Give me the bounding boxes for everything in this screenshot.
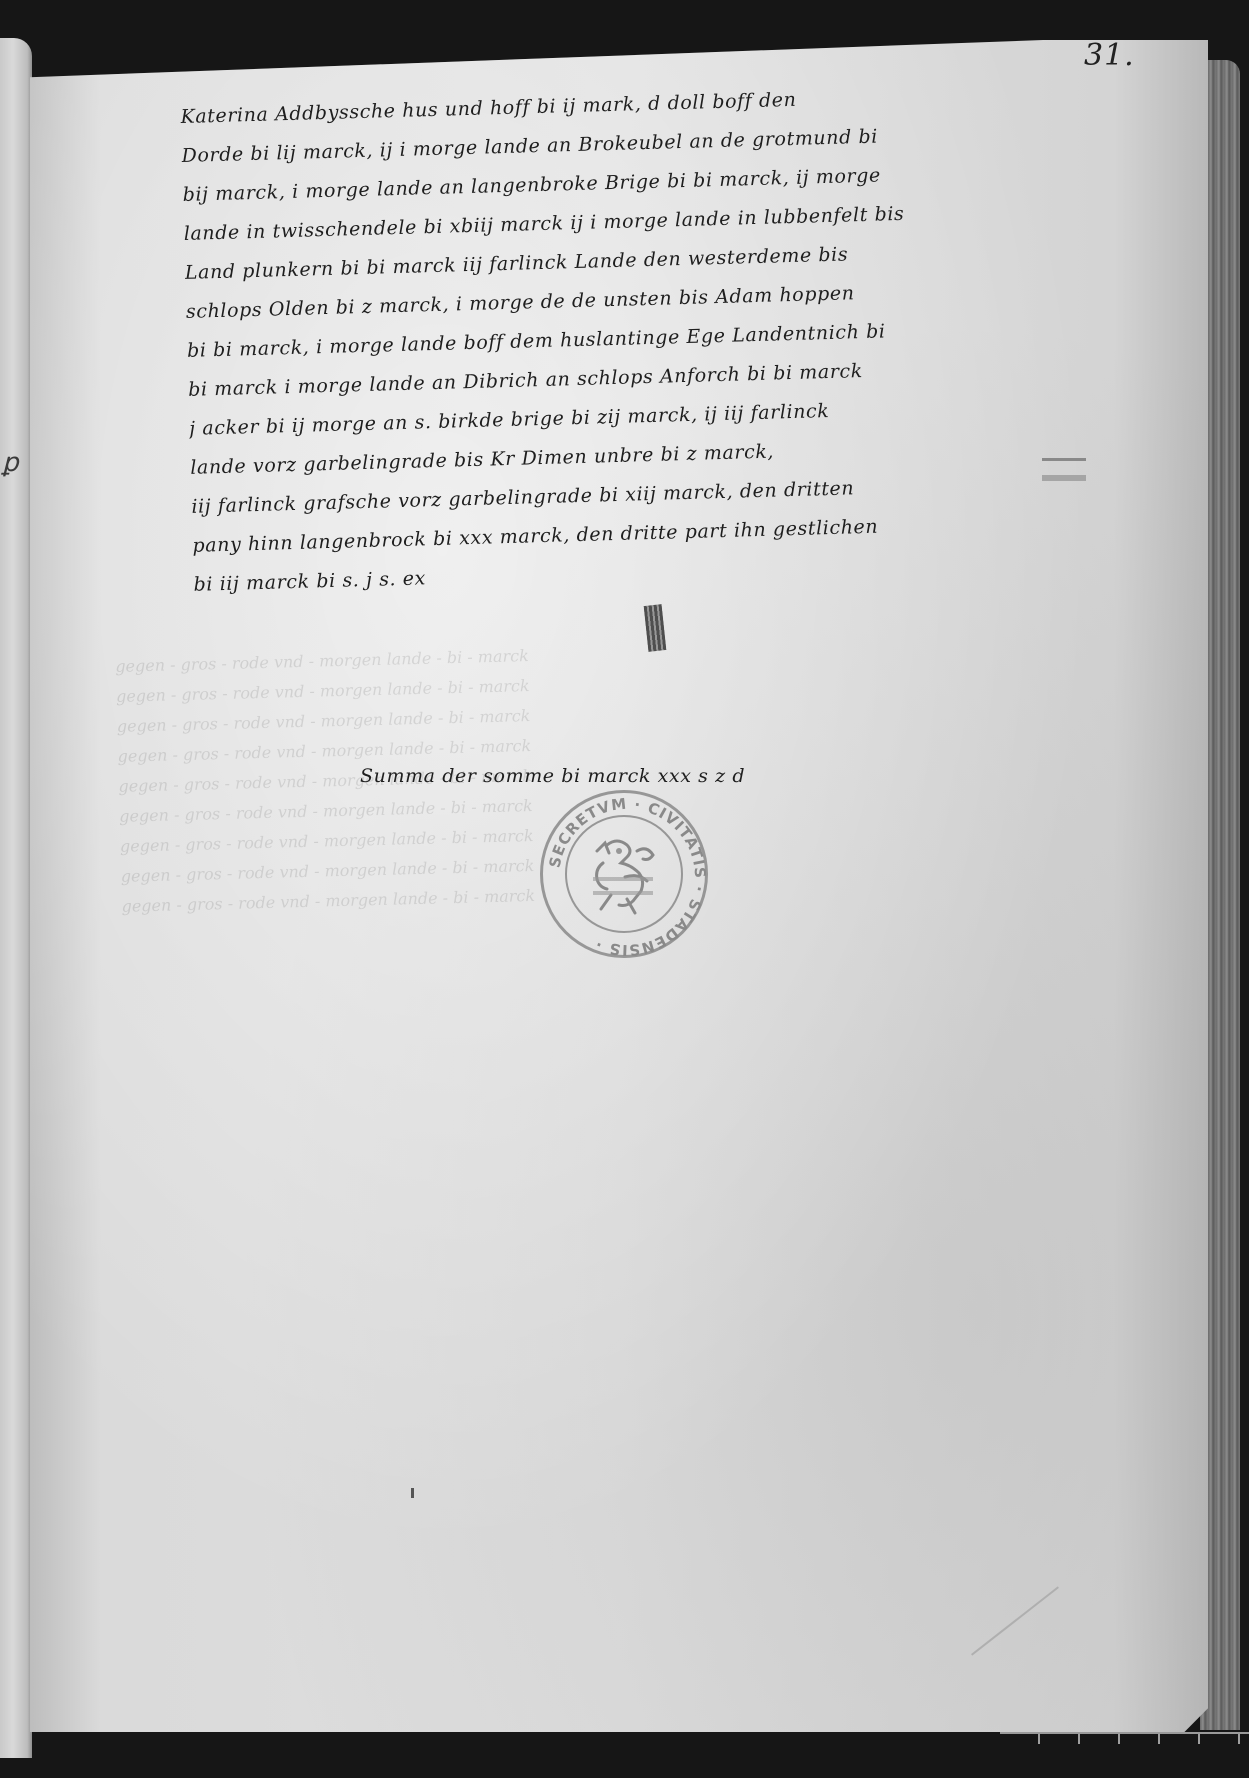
pencil-mark	[411, 1488, 414, 1498]
seal-emblem-field	[565, 815, 683, 933]
facing-page-margin-mark: ꝑ	[2, 448, 19, 478]
handwritten-entry: Katerina Addbyssche hus und hoff bi ij m…	[180, 70, 1194, 605]
struck-out-mark	[1042, 458, 1086, 481]
facing-page-edge: ꝑ	[0, 38, 32, 1758]
summary-total-line: Summa der somme bi marck xxx s z d	[360, 765, 745, 787]
scanning-ruler-grid	[1000, 1732, 1249, 1744]
archive-seal-stamp: SECRETVM · CIVITATIS · STADENSIS ·	[540, 790, 708, 958]
lion-emblem-icon	[567, 817, 681, 931]
manuscript-scan: ꝑ gegen - gros - rode vnd - morgen lande…	[0, 0, 1249, 1778]
folio-number: 31.	[1084, 38, 1135, 73]
